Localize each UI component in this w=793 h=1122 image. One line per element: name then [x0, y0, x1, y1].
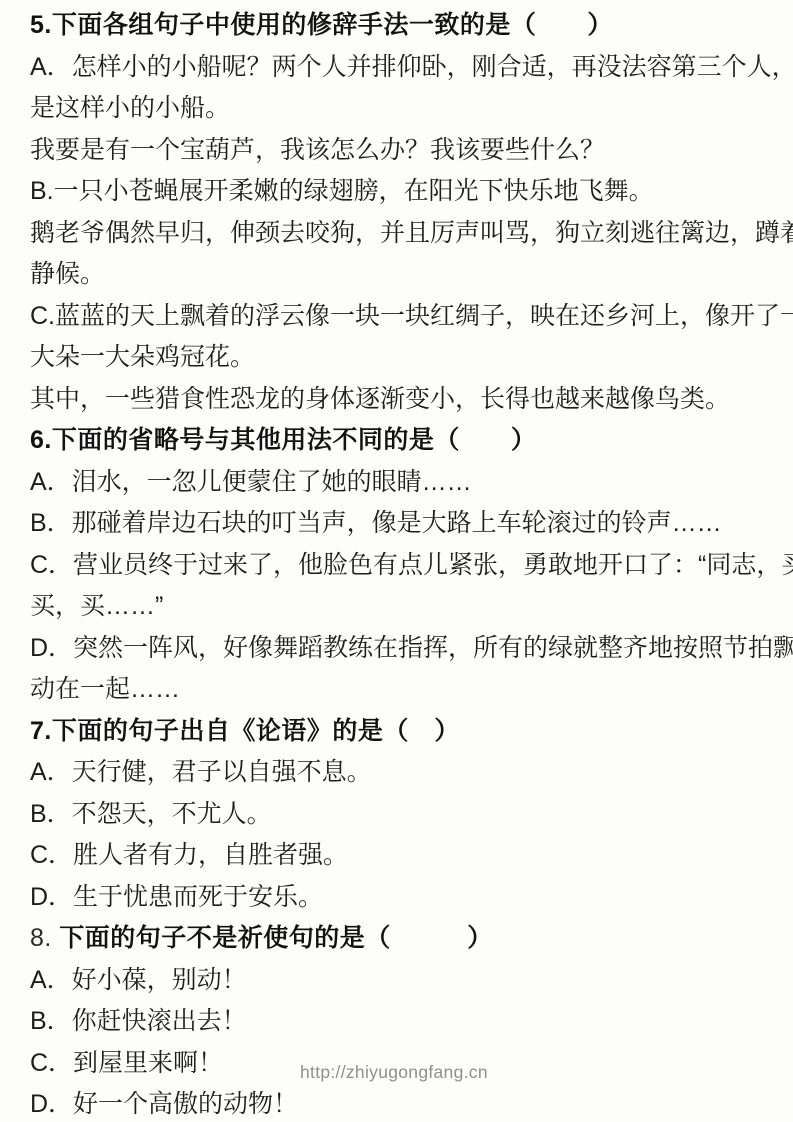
- option-line: B.一只小苍蝇展开柔嫩的绿翅膀，在阳光下快乐地飞舞。: [30, 171, 775, 213]
- question-heading: 6.下面的省略号与其他用法不同的是（ ）: [30, 420, 775, 462]
- option-line: 鹅老爷偶然早归，伸颈去咬狗，并且厉声叫骂，狗立刻逃往篱边，蹲着: [30, 213, 775, 255]
- option-line: 买，买……”: [30, 586, 775, 628]
- option-line: 静候。: [30, 254, 775, 296]
- option-line: A．怎样小的小船呢？两个人并排仰卧，刚合适，再没法容第三个人，: [30, 47, 775, 89]
- option-line: A．泪水，一忽儿便蒙住了她的眼睛……: [30, 462, 775, 504]
- document-page: 5.下面各组句子中使用的修辞手法一致的是（ ） A．怎样小的小船呢？两个人并排仰…: [0, 0, 793, 1122]
- question-stem: 下面各组句子中使用的修辞手法一致的是（ ）: [52, 11, 613, 39]
- question-number: 7.: [30, 717, 52, 745]
- option-line: A．天行健，君子以自强不息。: [30, 752, 775, 794]
- question-heading: 5.下面各组句子中使用的修辞手法一致的是（ ）: [30, 5, 775, 47]
- question-number: 8.: [30, 924, 59, 952]
- option-line: C．胜人者有力，自胜者强。: [30, 835, 775, 877]
- option-line: B．那碰着岸边石块的叮当声，像是大路上车轮滚过的铃声……: [30, 503, 775, 545]
- option-line: B．你赶快滚出去！: [30, 1001, 775, 1043]
- option-line: D．突然一阵风，好像舞蹈教练在指挥，所有的绿就整齐地按照节拍飘: [30, 628, 775, 670]
- option-line: B．不怨天，不尤人。: [30, 794, 775, 836]
- option-line: C.蓝蓝的天上飘着的浮云像一块一块红绸子，映在还乡河上，像开了一: [30, 296, 775, 338]
- option-line: D．好一个高傲的动物！: [30, 1084, 775, 1122]
- option-line: 是这样小的小船。: [30, 88, 775, 130]
- question-number: 5.: [30, 11, 52, 39]
- question-heading: 8. 下面的句子不是祈使句的是（ ）: [30, 918, 775, 960]
- option-line: 大朵一大朵鸡冠花。: [30, 337, 775, 379]
- option-line: A．好小葆，别动！: [30, 960, 775, 1002]
- question-stem: 下面的句子不是祈使句的是（ ）: [59, 924, 493, 952]
- watermark-url: http://zhiyugongfang.cn: [300, 1060, 488, 1084]
- question-heading: 7.下面的句子出自《论语》的是（ ）: [30, 711, 775, 753]
- option-line: 其中，一些猎食性恐龙的身体逐渐变小，长得也越来越像鸟类。: [30, 379, 775, 421]
- option-line: 动在一起……: [30, 669, 775, 711]
- option-line: D．生于忧患而死于安乐。: [30, 877, 775, 919]
- question-number: 6.: [30, 426, 52, 454]
- question-stem: 下面的省略号与其他用法不同的是（ ）: [52, 426, 537, 454]
- option-line: 我要是有一个宝葫芦，我该怎么办？我该要些什么？: [30, 130, 775, 172]
- option-line: C．营业员终于过来了，他脸色有点儿紧张，勇敢地开口了：“同志，买，: [30, 545, 775, 587]
- question-stem: 下面的句子出自《论语》的是（ ）: [52, 717, 460, 745]
